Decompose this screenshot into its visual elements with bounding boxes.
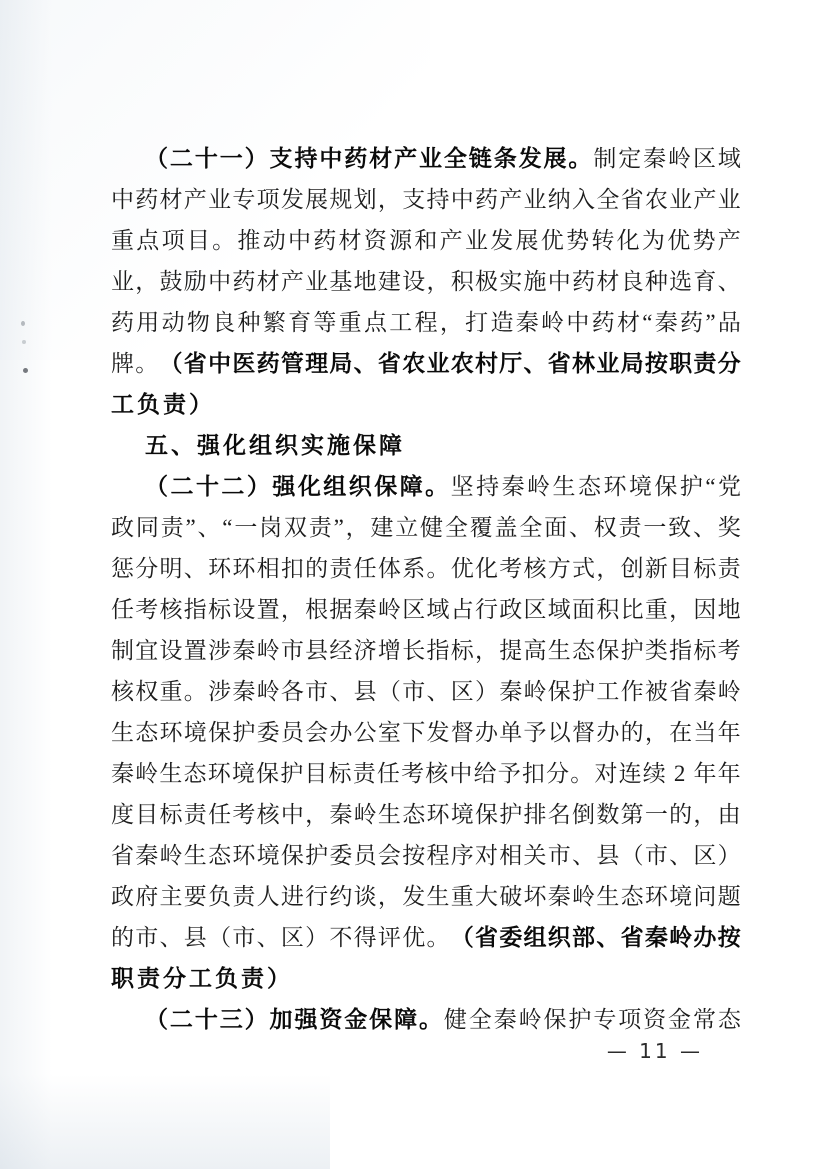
bold-char: 业 bbox=[426, 343, 449, 384]
body-char: 责 bbox=[353, 753, 376, 794]
body-char: 环 bbox=[232, 835, 255, 876]
body-char: 委 bbox=[257, 712, 280, 753]
body-char: 中 bbox=[288, 220, 311, 261]
text-line: （二十三）加强资金保障。健全秦岭保护专项资金常态 bbox=[111, 999, 741, 1040]
body-char: 府 bbox=[135, 876, 158, 917]
body-char: 的 bbox=[305, 548, 328, 589]
body-char: 连 bbox=[619, 753, 642, 794]
body-char: 排 bbox=[524, 794, 547, 835]
body-char: 提 bbox=[499, 630, 522, 671]
body-char: 责 bbox=[329, 548, 352, 589]
text-line: 工负责） bbox=[111, 384, 741, 425]
body-char: 发 bbox=[281, 179, 304, 220]
body-char: ， bbox=[305, 794, 328, 835]
body-char: 极 bbox=[475, 261, 498, 302]
body-char: 给 bbox=[474, 753, 497, 794]
body-char: 县 bbox=[184, 917, 207, 958]
body-char: （ bbox=[378, 671, 401, 712]
body-char: 对 bbox=[475, 835, 498, 876]
body-char: 主 bbox=[160, 876, 183, 917]
bold-char: （ bbox=[145, 138, 168, 179]
bold-char: 农 bbox=[402, 343, 425, 384]
scan-tint-left-edge bbox=[0, 0, 52, 1169]
body-char: 年 bbox=[693, 753, 716, 794]
bold-char: 材 bbox=[369, 138, 392, 179]
bold-char: 持 bbox=[294, 138, 317, 179]
body-char: 权 bbox=[594, 507, 617, 548]
bold-char: 部 bbox=[572, 917, 595, 958]
body-char: 态 bbox=[621, 876, 644, 917]
body-char: 第 bbox=[621, 794, 644, 835]
body-char: 保 bbox=[596, 630, 619, 671]
body-char: 高 bbox=[524, 630, 547, 671]
body-char: 年 bbox=[718, 712, 741, 753]
body-char: 区 bbox=[451, 671, 474, 712]
body-char: 目 bbox=[669, 548, 692, 589]
body-char: 分 bbox=[546, 753, 569, 794]
body-char: 优 bbox=[451, 548, 474, 589]
body-char: 区 bbox=[281, 917, 304, 958]
body-char: 优 bbox=[667, 220, 690, 261]
text-line: 政同责”、“一岗双责”，建立健全覆盖全面、权责一致、奖 bbox=[111, 507, 741, 548]
body-char: 环 bbox=[208, 753, 231, 794]
body-char: 设 bbox=[160, 630, 183, 671]
body-char: 指 bbox=[426, 630, 449, 671]
body-char: 名 bbox=[548, 794, 571, 835]
bold-char: （ bbox=[160, 343, 183, 384]
bold-char: 织 bbox=[349, 466, 372, 507]
body-char: 对 bbox=[594, 753, 617, 794]
body-char: 中 bbox=[281, 794, 304, 835]
bold-char: 岭 bbox=[669, 917, 692, 958]
bold-char: 农 bbox=[451, 343, 474, 384]
bold-char: 二 bbox=[170, 138, 193, 179]
body-char: 业 bbox=[305, 261, 328, 302]
body-char: 育 bbox=[288, 302, 311, 343]
body-char: 任 bbox=[208, 794, 231, 835]
body-char: 境 bbox=[669, 876, 692, 917]
body-char: 工 bbox=[596, 671, 619, 712]
body-char: 负 bbox=[208, 876, 231, 917]
bold-text-segment: 工负责） bbox=[111, 391, 215, 417]
body-char: 专 bbox=[232, 179, 255, 220]
body-char: 业 bbox=[718, 179, 741, 220]
body-char: 责 bbox=[232, 876, 255, 917]
body-char: 指 bbox=[184, 589, 207, 630]
body-char: 目 bbox=[135, 794, 158, 835]
body-char: 点 bbox=[136, 220, 159, 261]
body-char: 考 bbox=[232, 794, 255, 835]
body-char: 员 bbox=[354, 835, 377, 876]
body-char: 积 bbox=[451, 261, 474, 302]
text-line: 业，鼓励中药材产业基地建设，积极实施中药材良种选育、 bbox=[111, 261, 741, 302]
bold-char: 省 bbox=[184, 343, 207, 384]
body-char: 秦 bbox=[232, 630, 255, 671]
document-body: （二十一）支持中药材产业全链条发展。制定秦岭区域中药材产业专项发展规划，支持中药… bbox=[111, 138, 741, 1040]
body-char: 督 bbox=[451, 712, 474, 753]
body-char: 常 bbox=[693, 999, 716, 1040]
body-char: 以 bbox=[548, 712, 571, 753]
body-char: 秦 bbox=[548, 876, 571, 917]
body-char: 当 bbox=[693, 712, 716, 753]
body-char: 设 bbox=[402, 261, 425, 302]
bold-char: 办 bbox=[693, 917, 716, 958]
bold-char: 药 bbox=[257, 343, 280, 384]
body-char bbox=[687, 753, 693, 794]
body-char: 市 bbox=[281, 630, 304, 671]
body-char: 项 bbox=[257, 179, 280, 220]
body-char: 境 bbox=[257, 835, 280, 876]
body-char: 选 bbox=[669, 261, 692, 302]
body-char: 秦 bbox=[502, 466, 525, 507]
body-char: “ bbox=[642, 302, 652, 343]
body-char: ， bbox=[693, 794, 716, 835]
body-char: 入 bbox=[572, 179, 595, 220]
body-char: 秦 bbox=[354, 589, 377, 630]
body-char: 生 bbox=[111, 712, 134, 753]
body-char: 得 bbox=[354, 917, 377, 958]
body-char: 。 bbox=[135, 343, 158, 384]
body-char: 药 bbox=[475, 179, 498, 220]
body-char: 岭 bbox=[668, 138, 691, 179]
bold-char: 一 bbox=[220, 138, 243, 179]
body-char: 用 bbox=[136, 302, 159, 343]
body-char: 态 bbox=[135, 712, 158, 753]
body-char: 办 bbox=[596, 712, 619, 753]
body-char: 涉 bbox=[208, 630, 231, 671]
body-char: 在 bbox=[669, 712, 692, 753]
body-char: 持 bbox=[426, 179, 449, 220]
bold-char: 业 bbox=[419, 138, 442, 179]
body-char: 程 bbox=[426, 835, 449, 876]
body-char: 坚 bbox=[451, 466, 474, 507]
body-char: ” bbox=[185, 507, 195, 548]
scan-speck bbox=[23, 368, 28, 373]
body-char: 重 bbox=[160, 671, 183, 712]
body-char: 政 bbox=[111, 507, 134, 548]
body-char: 环 bbox=[603, 466, 626, 507]
body-char: 标 bbox=[208, 589, 231, 630]
body-char: ， bbox=[645, 712, 668, 753]
body-char: 材 bbox=[596, 261, 619, 302]
body-char: 态 bbox=[184, 753, 207, 794]
body-char: 专 bbox=[593, 999, 616, 1040]
body-char: 环 bbox=[232, 548, 255, 589]
body-char: 项 bbox=[162, 220, 185, 261]
body-char: 考 bbox=[135, 589, 158, 630]
body-char: 药 bbox=[135, 179, 158, 220]
body-char: 制 bbox=[111, 630, 134, 671]
body-char: 、 bbox=[569, 507, 592, 548]
body-char: 标 bbox=[329, 753, 352, 794]
body-char: 转 bbox=[591, 220, 614, 261]
body-char: 中 bbox=[451, 179, 474, 220]
body-char: 动 bbox=[162, 302, 185, 343]
bold-char: 二 bbox=[170, 999, 193, 1040]
body-char: 生 bbox=[159, 753, 182, 794]
body-char: 县 bbox=[354, 671, 377, 712]
bold-char: 。 bbox=[568, 138, 591, 179]
body-char: 办 bbox=[475, 712, 498, 753]
body-char: 业 bbox=[111, 261, 134, 302]
body-char: 占 bbox=[451, 589, 474, 630]
body-char: 定 bbox=[618, 138, 641, 179]
body-char: 致 bbox=[668, 507, 691, 548]
body-char: 中 bbox=[548, 261, 571, 302]
body-char: 岭 bbox=[257, 630, 280, 671]
body-char: 市 bbox=[232, 917, 255, 958]
text-line: 牌。（省中医药管理局、省农业农村厅、省林业局按职责分 bbox=[111, 343, 741, 384]
body-char: 标 bbox=[693, 548, 716, 589]
body-char: 保 bbox=[475, 794, 498, 835]
text-line: 药用动物良种繁育等重点工程，打造秦岭中药材“秦药”品 bbox=[111, 302, 741, 343]
bold-char: 金 bbox=[344, 999, 367, 1040]
body-char: 品 bbox=[718, 302, 741, 343]
body-char: 中 bbox=[111, 179, 134, 220]
bold-char: 省 bbox=[378, 343, 401, 384]
bold-char: 。 bbox=[425, 466, 448, 507]
body-char: 评 bbox=[378, 917, 401, 958]
bold-char: 织 bbox=[548, 917, 571, 958]
body-char: 重 bbox=[339, 302, 362, 343]
body-char: 生 bbox=[548, 630, 571, 671]
body-char: 秦 bbox=[329, 794, 352, 835]
body-char: 保 bbox=[281, 835, 304, 876]
body-char: 政 bbox=[499, 589, 522, 630]
text-line: 秦岭生态环境保护目标责任考核中给予扣分。对连续 2 年年 bbox=[111, 753, 741, 794]
body-char: 。 bbox=[212, 220, 235, 261]
body-char: 岭 bbox=[519, 999, 542, 1040]
body-char: 态 bbox=[402, 794, 425, 835]
body-char: 全 bbox=[445, 507, 468, 548]
bold-char: 十 bbox=[195, 999, 218, 1040]
body-char: 市 bbox=[305, 671, 328, 712]
body-char: 标 bbox=[693, 630, 716, 671]
body-char: 核 bbox=[160, 589, 183, 630]
body-char: 发 bbox=[426, 712, 449, 753]
body-char: 惩 bbox=[111, 548, 134, 589]
body-char: 、 bbox=[572, 835, 595, 876]
body-char: 牌 bbox=[111, 343, 134, 384]
bold-char: 化 bbox=[298, 466, 321, 507]
text-line: 核权重。涉秦岭各市、县（市、区）秦岭保护工作被省秦岭 bbox=[111, 671, 741, 712]
body-char: 中 bbox=[566, 302, 589, 343]
bold-char: 强 bbox=[272, 466, 295, 507]
body-char: 任 bbox=[354, 548, 377, 589]
body-char: 产 bbox=[499, 179, 522, 220]
scanned-document-page: （二十一）支持中药材产业全链条发展。制定秦岭区域中药材产业专项发展规划，支持中药… bbox=[0, 0, 826, 1169]
body-char: 方 bbox=[548, 548, 571, 589]
bold-char: 按 bbox=[645, 343, 668, 384]
body-char: 态 bbox=[572, 630, 595, 671]
body-char: 重 bbox=[451, 876, 474, 917]
body-char: 作 bbox=[621, 671, 644, 712]
bold-char: 强 bbox=[294, 999, 317, 1040]
body-char: 岗 bbox=[259, 507, 282, 548]
body-char: 业 bbox=[208, 179, 231, 220]
body-char: 为 bbox=[642, 220, 665, 261]
body-char: 良 bbox=[621, 261, 644, 302]
bold-char: 保 bbox=[369, 999, 392, 1040]
body-char: 产 bbox=[440, 220, 463, 261]
body-char: 市 bbox=[645, 835, 668, 876]
body-char: 面 bbox=[572, 589, 595, 630]
body-char: ） bbox=[305, 917, 328, 958]
bold-char: 条 bbox=[494, 138, 517, 179]
bold-text-segment: 职责分工负责） bbox=[111, 965, 293, 991]
body-char: 秦 bbox=[494, 999, 517, 1040]
body-char: 、 bbox=[693, 507, 716, 548]
body-char: 。 bbox=[184, 671, 207, 712]
body-char: 的 bbox=[111, 917, 134, 958]
body-char: 室 bbox=[378, 712, 401, 753]
body-char: 护 bbox=[232, 712, 255, 753]
body-char: 岭 bbox=[354, 794, 377, 835]
body-char bbox=[667, 753, 673, 794]
body-char: 任 bbox=[111, 589, 134, 630]
body-char: 物 bbox=[187, 302, 210, 343]
body-char: 发 bbox=[402, 876, 425, 917]
bold-char: 组 bbox=[323, 466, 346, 507]
body-char: 约 bbox=[329, 876, 352, 917]
body-char: 单 bbox=[499, 712, 522, 753]
bold-char: 二 bbox=[170, 466, 193, 507]
body-char: 态 bbox=[718, 999, 741, 1040]
body-char: 材 bbox=[617, 302, 640, 343]
body-char: 产 bbox=[184, 179, 207, 220]
bold-char: 、 bbox=[524, 343, 547, 384]
body-char: 责 bbox=[161, 507, 184, 548]
body-char: 划 bbox=[354, 179, 377, 220]
bold-char: 。 bbox=[419, 999, 442, 1040]
body-char: 点 bbox=[364, 302, 387, 343]
body-char: 产 bbox=[281, 261, 304, 302]
body-char: ， bbox=[378, 179, 401, 220]
body-char: 岭 bbox=[378, 589, 401, 630]
body-char: 纳 bbox=[548, 179, 571, 220]
body-char: 重 bbox=[111, 220, 134, 261]
bold-char: 三 bbox=[220, 999, 243, 1040]
body-char: 良 bbox=[212, 302, 235, 343]
body-char: 药 bbox=[313, 220, 336, 261]
body-char: 2 bbox=[674, 753, 686, 794]
body-char: 资 bbox=[364, 220, 387, 261]
body-char: 药 bbox=[680, 302, 703, 343]
body-char: 进 bbox=[281, 876, 304, 917]
body-char: 双 bbox=[284, 507, 307, 548]
body-char: 相 bbox=[499, 835, 522, 876]
body-char: 考 bbox=[499, 548, 522, 589]
body-char: 程 bbox=[415, 302, 438, 343]
body-char: ， bbox=[426, 261, 449, 302]
body-char: 中 bbox=[449, 753, 472, 794]
body-char: 护 bbox=[280, 753, 303, 794]
body-char: 励 bbox=[184, 261, 207, 302]
body-char: 保 bbox=[654, 466, 677, 507]
body-char: 施 bbox=[524, 261, 547, 302]
body-char: 项 bbox=[618, 999, 641, 1040]
body-char: 目 bbox=[304, 753, 327, 794]
body-char: 数 bbox=[596, 794, 619, 835]
body-char: ， bbox=[440, 302, 463, 343]
body-char: 岭 bbox=[524, 671, 547, 712]
body-char: 责 bbox=[309, 507, 332, 548]
bold-char: 职 bbox=[669, 343, 692, 384]
body-char: 全 bbox=[469, 999, 492, 1040]
body-char: 根 bbox=[305, 589, 328, 630]
body-char: 要 bbox=[184, 876, 207, 917]
body-char: 各 bbox=[281, 671, 304, 712]
body-char: 、 bbox=[329, 671, 352, 712]
body-char: 环 bbox=[426, 794, 449, 835]
body-char: 委 bbox=[329, 835, 352, 876]
body-char: 督 bbox=[572, 712, 595, 753]
body-char: 护 bbox=[680, 466, 703, 507]
body-char: 倒 bbox=[572, 794, 595, 835]
body-char: 涉 bbox=[208, 671, 231, 712]
body-char: ） bbox=[718, 835, 741, 876]
body-char: 规 bbox=[329, 179, 352, 220]
bold-char: 省 bbox=[548, 343, 571, 384]
body-char: 设 bbox=[232, 589, 255, 630]
body-char: 市 bbox=[402, 671, 425, 712]
body-char: 岭 bbox=[572, 876, 595, 917]
body-char: 一 bbox=[643, 507, 666, 548]
bold-char: 管 bbox=[281, 343, 304, 384]
body-char: 农 bbox=[645, 179, 668, 220]
body-char: 任 bbox=[377, 753, 400, 794]
body-char: 省 bbox=[621, 179, 644, 220]
body-char: 、 bbox=[197, 507, 220, 548]
bold-char: 产 bbox=[394, 138, 417, 179]
body-char: 。 bbox=[426, 917, 449, 958]
body-char: 增 bbox=[378, 630, 401, 671]
bold-char: ） bbox=[247, 466, 270, 507]
body-char: 办 bbox=[329, 712, 352, 753]
body-char: 由 bbox=[718, 794, 741, 835]
scan-speck bbox=[21, 321, 25, 326]
body-char: 、 bbox=[160, 917, 183, 958]
body-char: 一 bbox=[234, 507, 257, 548]
body-char: 护 bbox=[568, 999, 591, 1040]
body-char: 化 bbox=[475, 548, 498, 589]
text-line: 任考核指标设置，根据秦岭区域占行政区域面积比重，因地 bbox=[111, 589, 741, 630]
body-char: 区 bbox=[524, 589, 547, 630]
body-char: 一 bbox=[645, 794, 668, 835]
bold-char: 按 bbox=[718, 917, 741, 958]
body-char: 核 bbox=[524, 548, 547, 589]
body-char: 药 bbox=[572, 261, 595, 302]
body-char: 、 bbox=[718, 261, 741, 302]
scan-speck bbox=[22, 340, 26, 344]
body-char: 不 bbox=[329, 917, 352, 958]
body-char: 健 bbox=[420, 507, 443, 548]
body-char: 新 bbox=[645, 548, 668, 589]
bold-text-segment: 五、强化组织实施保障 bbox=[145, 432, 405, 458]
body-char: 的 bbox=[669, 794, 692, 835]
body-char: 明 bbox=[160, 548, 183, 589]
body-char: 奖 bbox=[718, 507, 741, 548]
body-char: 立 bbox=[395, 507, 418, 548]
body-char: 资 bbox=[643, 999, 666, 1040]
body-char: 种 bbox=[645, 261, 668, 302]
body-char: 积 bbox=[596, 589, 619, 630]
body-char: 造 bbox=[490, 302, 513, 343]
body-char: ， bbox=[346, 507, 369, 548]
body-char: 。 bbox=[570, 753, 593, 794]
body-char: 比 bbox=[621, 589, 644, 630]
bold-char: 障 bbox=[394, 999, 417, 1040]
